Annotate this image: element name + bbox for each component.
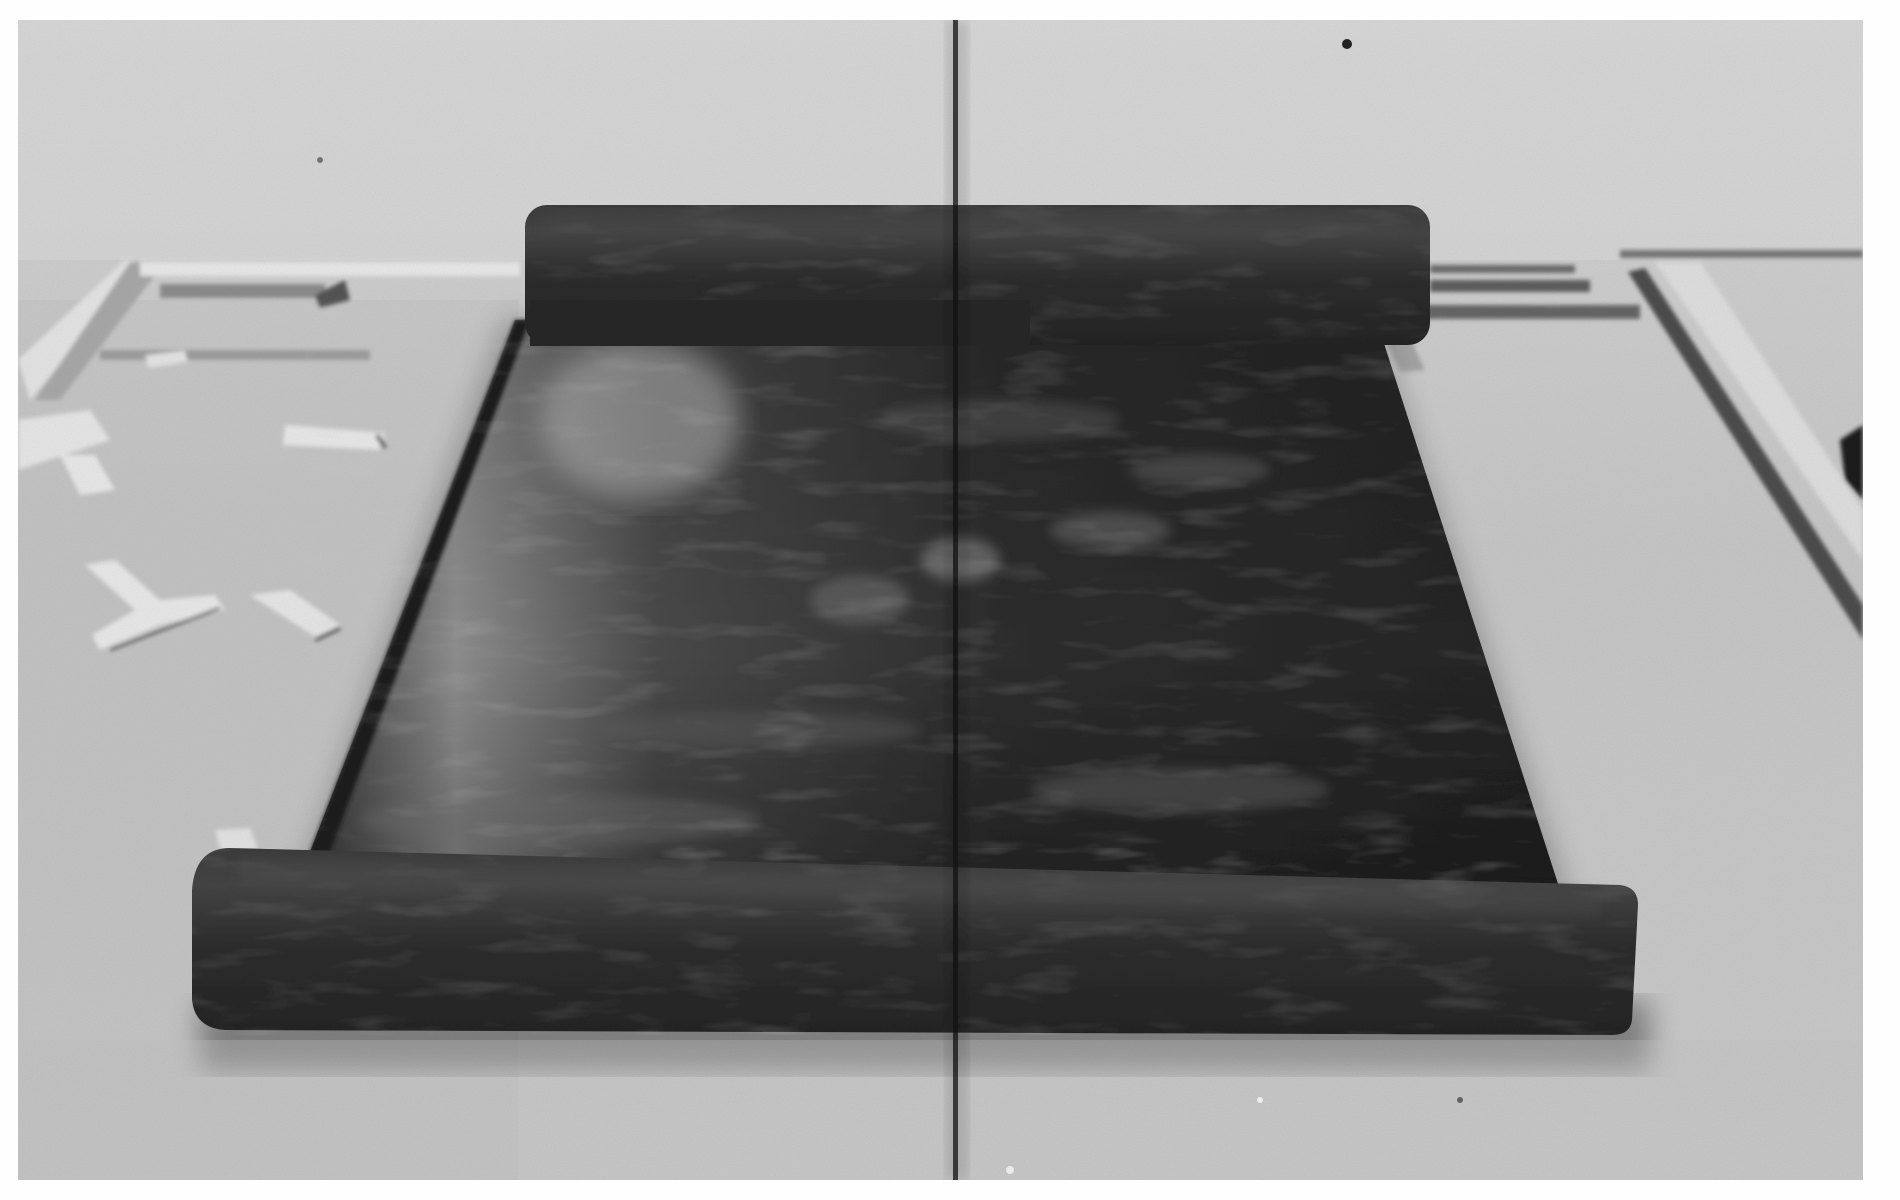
top-roll xyxy=(525,205,1430,346)
book-spread xyxy=(0,0,1900,1200)
photograph xyxy=(0,0,1900,1200)
book-gutter xyxy=(946,20,968,1180)
sheet xyxy=(305,300,1560,890)
